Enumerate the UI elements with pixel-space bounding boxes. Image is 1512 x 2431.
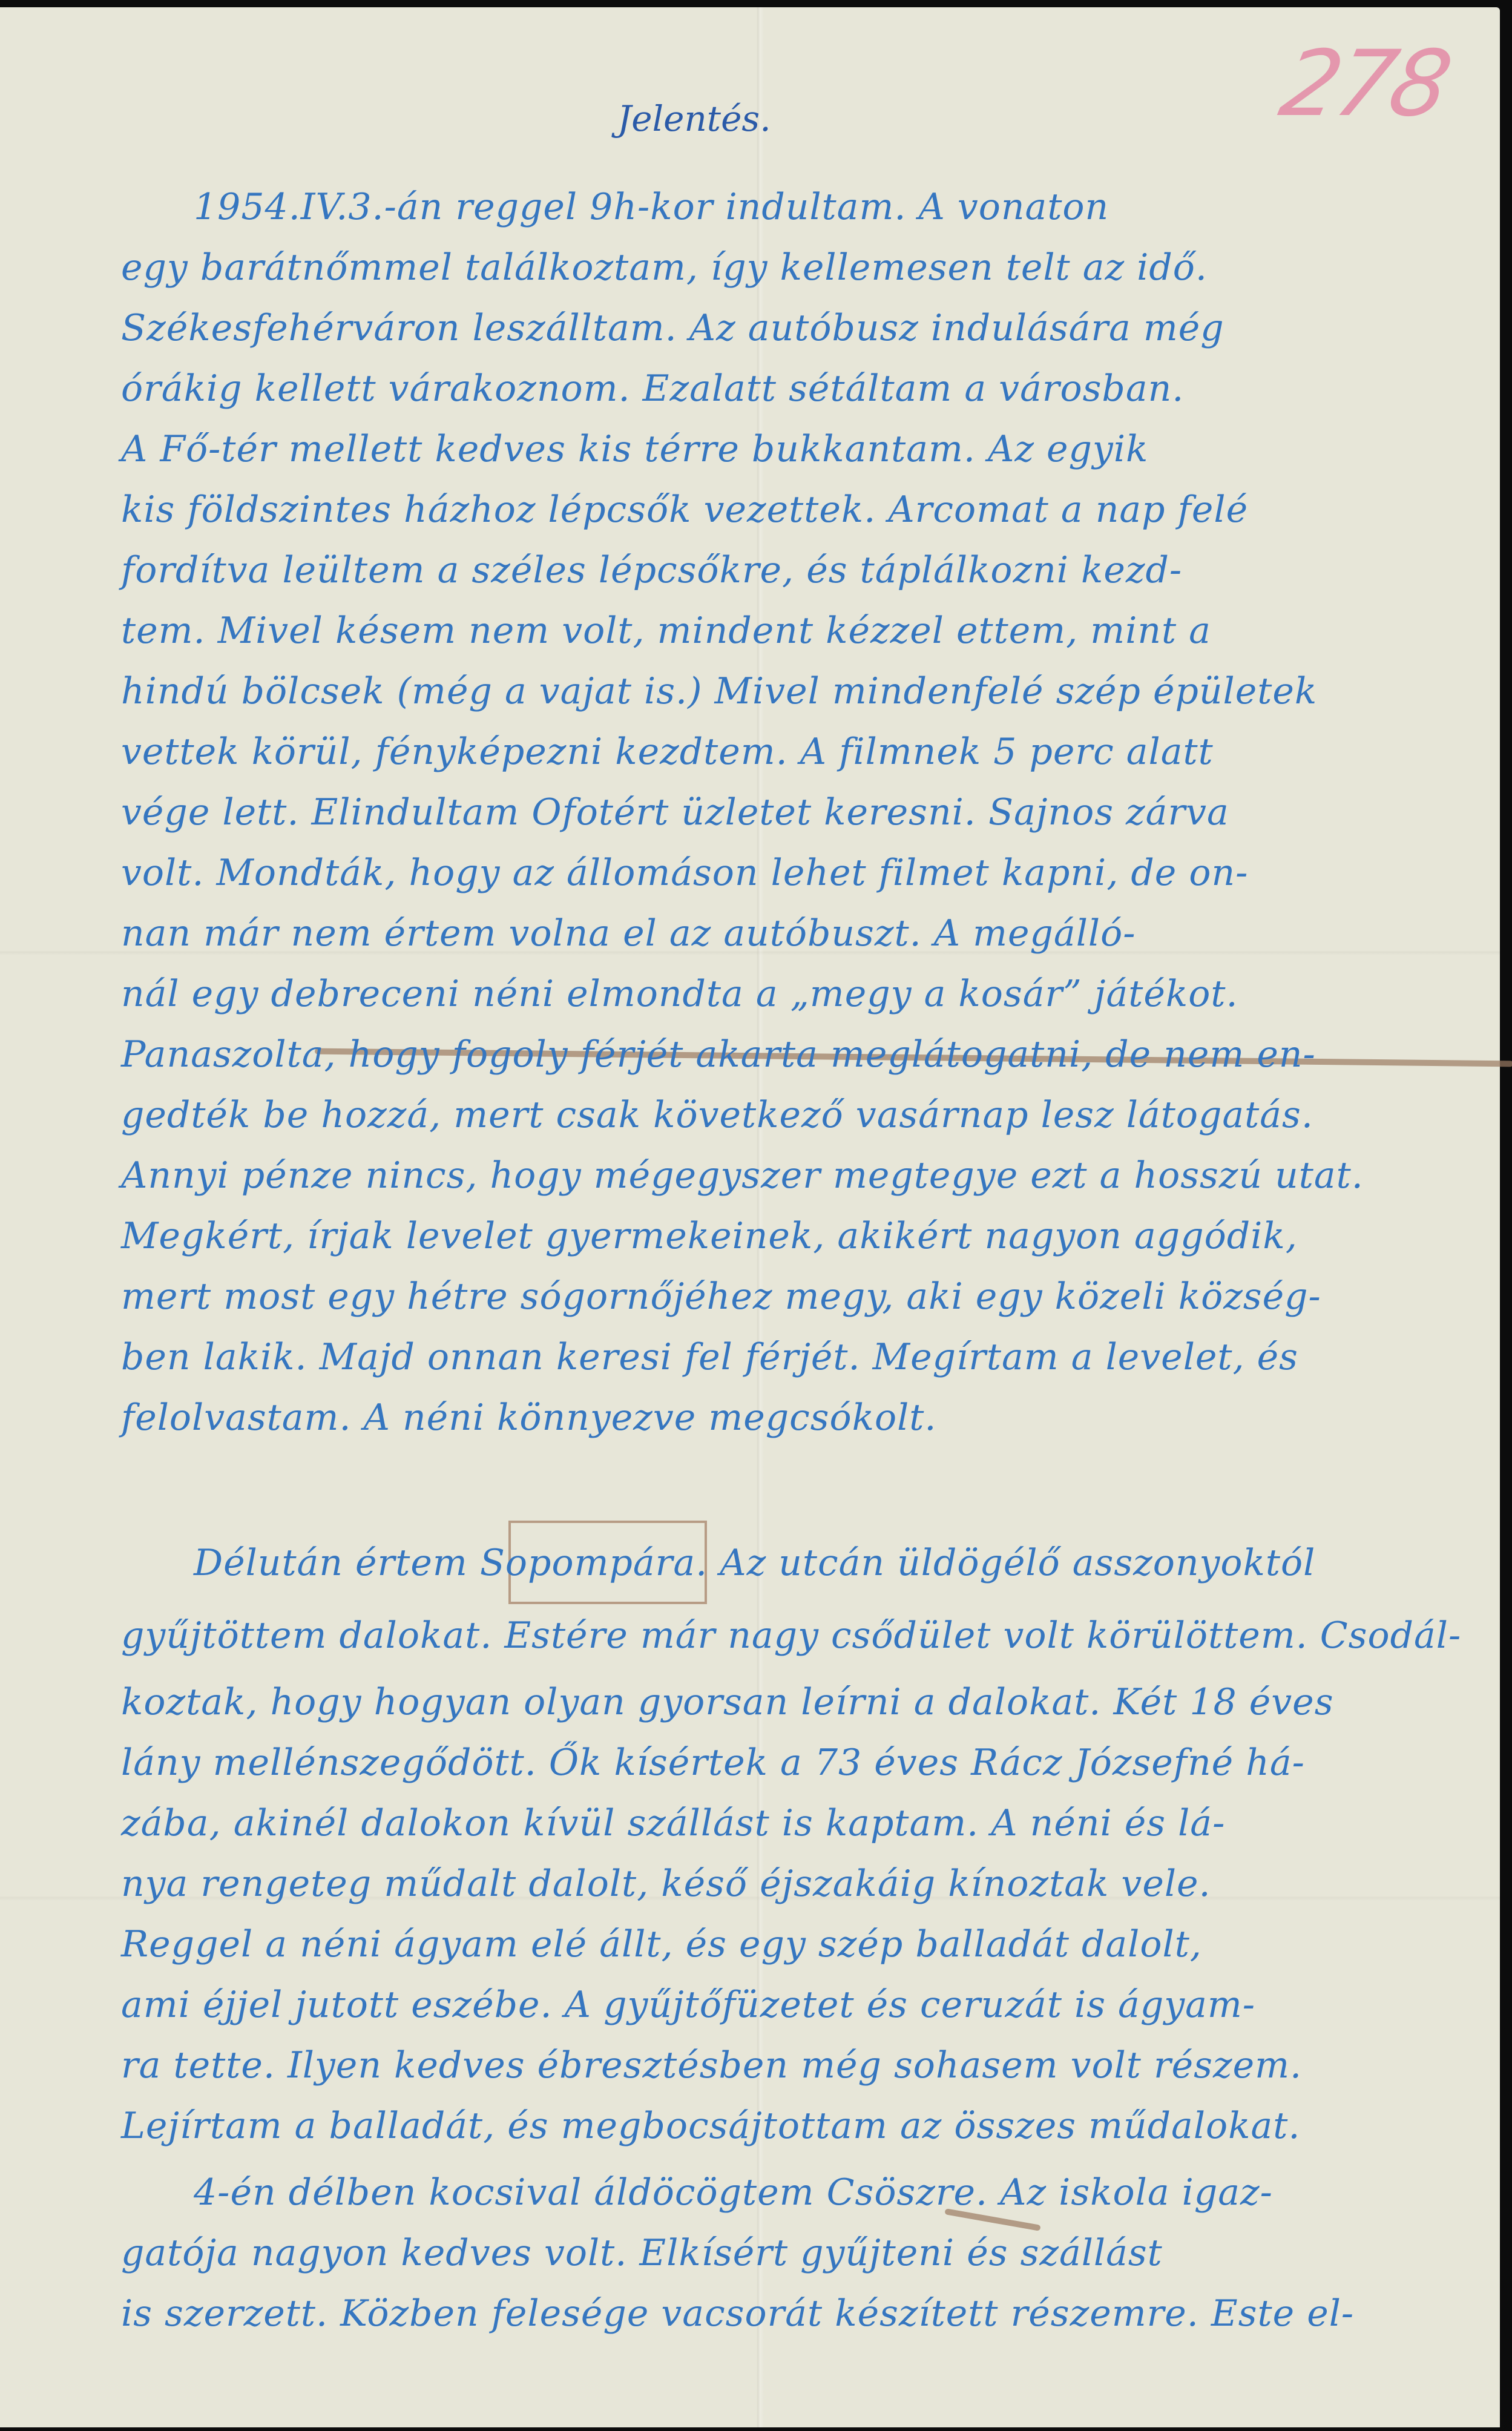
text-line: 1954.IV.3.-án reggel 9h-kor indultam. A … (194, 189, 1512, 225)
text-line: ra tette. Ilyen kedves ébresztésben még … (121, 2047, 1453, 2084)
text-line: volt. Mondták, hogy az állomáson lehet f… (121, 855, 1453, 891)
text-line: ami éjjel jutott eszébe. A gyűjtőfüzetet… (121, 1987, 1453, 2023)
text-line: gatója nagyon kedves volt. Elkísért gyűj… (121, 2235, 1453, 2271)
text-line: vettek körül, fényképezni kezdtem. A fil… (121, 734, 1453, 770)
text-line: tem. Mivel késem nem volt, mindent kézze… (121, 613, 1453, 649)
text-line: Reggel a néni ágyam elé állt, és egy szé… (121, 1926, 1453, 1962)
text-line: gedték be hozzá, mert csak következő vas… (121, 1097, 1453, 1133)
page-number: 278 (1272, 31, 1457, 137)
text-line: koztak, hogy hogyan olyan gyorsan leírni… (121, 1684, 1453, 1720)
text-line: fordítva leültem a széles lépcsőkre, és … (121, 552, 1453, 588)
text-line: A Fő-tér mellett kedves kis térre bukkan… (121, 431, 1453, 467)
text-line: Lejírtam a balladát, és megbocsájtottam … (121, 2108, 1453, 2144)
text-line: 4-én délben kocsival áldöcögtem Csöszre.… (194, 2174, 1512, 2211)
text-line: egy barátnőmmel találkoztam, így kelleme… (121, 249, 1453, 286)
text-line: vége lett. Elindultam Ofotért üzletet ke… (121, 794, 1453, 831)
text-line: Székesfehérváron leszálltam. Az autóbusz… (121, 310, 1453, 346)
text-line: hindú bölcsek (még a vajat is.) Mivel mi… (121, 673, 1453, 709)
text-line: zába, akinél dalokon kívül szállást is k… (121, 1805, 1453, 1841)
text-line: kis földszintes házhoz lépcsők vezettek.… (121, 492, 1453, 528)
text-line: nan már nem értem volna el az autóbuszt.… (121, 915, 1453, 952)
text-line: nál egy debreceni néni elmondta a „megy … (121, 976, 1453, 1012)
text-line: ben lakik. Majd onnan keresi fel férjét.… (121, 1339, 1453, 1375)
text-line: felolvastam. A néni könnyezve megcsókolt… (121, 1400, 1453, 1436)
text-line: nya rengeteg műdalt dalolt, késő éjszaká… (121, 1866, 1453, 1902)
document-title: Jelentés. (617, 98, 771, 139)
text-line: mert most egy hétre sógornőjéhez megy, a… (121, 1278, 1453, 1315)
text-line: gyűjtöttem dalokat. Estére már nagy csőd… (121, 1617, 1453, 1654)
paper-sheet: 278 Jelentés. 1954.IV.3.-án reggel 9h-ko… (0, 7, 1500, 2427)
text-line: Panaszolta, hogy fogoly férjét akarta me… (121, 1036, 1453, 1073)
text-line: órákig kellett várakoznom. Ezalatt sétál… (121, 370, 1453, 407)
text-line: Megkért, írjak levelet gyermekeinek, aki… (121, 1218, 1453, 1254)
text-line: is szerzett. Közben felesége vacsorát ké… (121, 2295, 1453, 2332)
text-line: Annyi pénze nincs, hogy mégegyszer megte… (121, 1157, 1453, 1194)
text-line: lány mellénszegődött. Ők kísértek a 73 é… (121, 1745, 1453, 1781)
text-line: Délután értem Sopompára. Az utcán üldögé… (194, 1545, 1512, 1581)
